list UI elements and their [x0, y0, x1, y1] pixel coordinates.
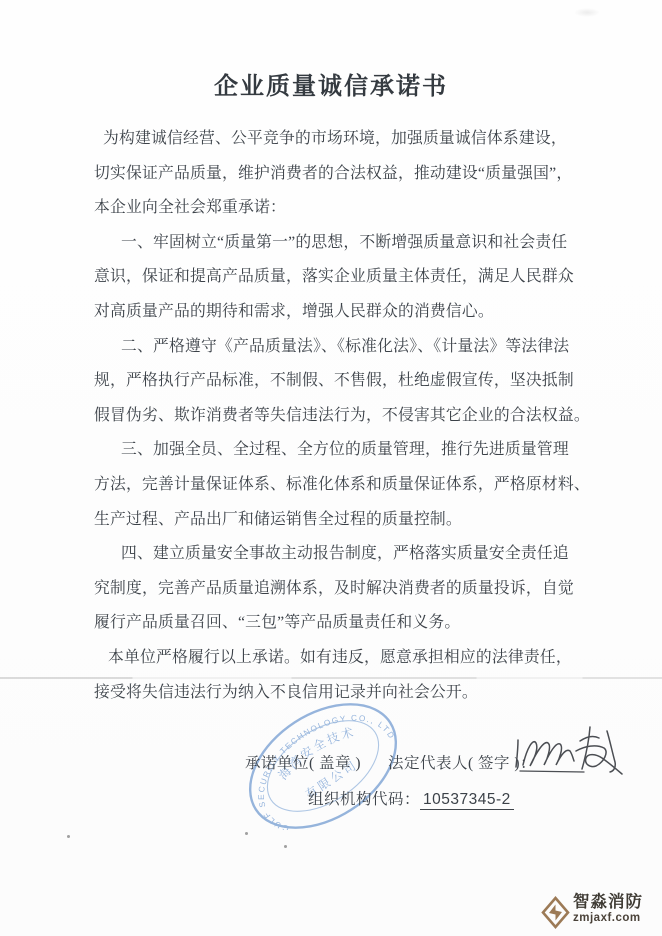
watermark-site: zmjaxf.com	[573, 912, 643, 924]
doc-line: 一、牢固树立“质量第一”的思想，不断增强质量意识和社会责任	[94, 226, 566, 261]
watermark-brand: 智淼消防	[573, 893, 643, 912]
scan-dot	[67, 835, 70, 838]
doc-line: 四、建立质量安全事故主动报告制度，严格落实质量安全责任追	[94, 537, 566, 572]
org-code-value: 10537345-2	[420, 791, 514, 810]
scan-dot	[284, 845, 287, 848]
document-body: 为构建诚信经营、公平竞争的市场环境，加强质量诚信体系建设， 切实保证产品质量，维…	[94, 122, 566, 710]
org-code-row: 组织机构代码：10537345-2	[308, 787, 514, 809]
doc-line: 假冒伪劣、欺诈消费者等失信违法行为，不侵害其它企业的合法权益。	[94, 399, 566, 434]
scan-dot	[245, 832, 248, 835]
doc-line: 究制度，完善产品质量追溯体系，及时解决消费者的质量投诉，自觉	[94, 572, 566, 607]
document-title: 企业质量诚信承诺书	[0, 66, 662, 101]
watermark-texts: 智淼消防 zmjaxf.com	[573, 893, 643, 924]
watermark: 智淼消防 zmjaxf.com	[541, 893, 643, 929]
doc-line: 本单位严格履行以上承诺。如有违反，愿意承担相应的法律责任，	[94, 641, 566, 676]
doc-line: 意识，保证和提高产品质量，落实企业质量主体责任，满足人民群众	[94, 260, 566, 295]
watermark-logo-icon	[541, 896, 570, 929]
doc-line: 对高质量产品的期待和需求，增强人民群众的消费信心。	[94, 295, 566, 330]
doc-line: 切实保证产品质量，维护消费者的合法权益，推动建设“质量强国”，	[94, 157, 566, 192]
promise-unit-label: 承诺单位( 盖章 )	[245, 751, 361, 773]
org-code-label: 组织机构代码：	[308, 791, 420, 808]
doc-line: 二、严格遵守《产品质量法》、《标准化法》、《计量法》等法律法	[94, 330, 566, 365]
scan-streak	[0, 677, 662, 679]
doc-line: 本企业向全社会郑重承诺：	[94, 191, 566, 226]
handwritten-signature	[503, 710, 631, 782]
doc-line: 履行产品质量召回、“三包”等产品质量责任和义务。	[94, 606, 566, 641]
doc-line: 方法，完善计量保证体系、标准化体系和质量保证体系，严格原材料、	[94, 468, 566, 503]
doc-line: 为构建诚信经营、公平竞争的市场环境，加强质量诚信体系建设，	[94, 122, 566, 157]
scanned-document-page: 企业质量诚信承诺书 为构建诚信经营、公平竞争的市场环境，加强质量诚信体系建设， …	[0, 0, 662, 936]
doc-line: 生产过程、产品出厂和储运销售全过程的质量控制。	[94, 503, 566, 538]
doc-line: 三、加强全员、全过程、全方位的质量管理，推行先进质量管理	[94, 433, 566, 468]
doc-line: 规，严格执行产品标准，不制假、不售假，杜绝虚假宣传，坚决抵制	[94, 364, 566, 399]
scan-smudge	[574, 8, 600, 17]
